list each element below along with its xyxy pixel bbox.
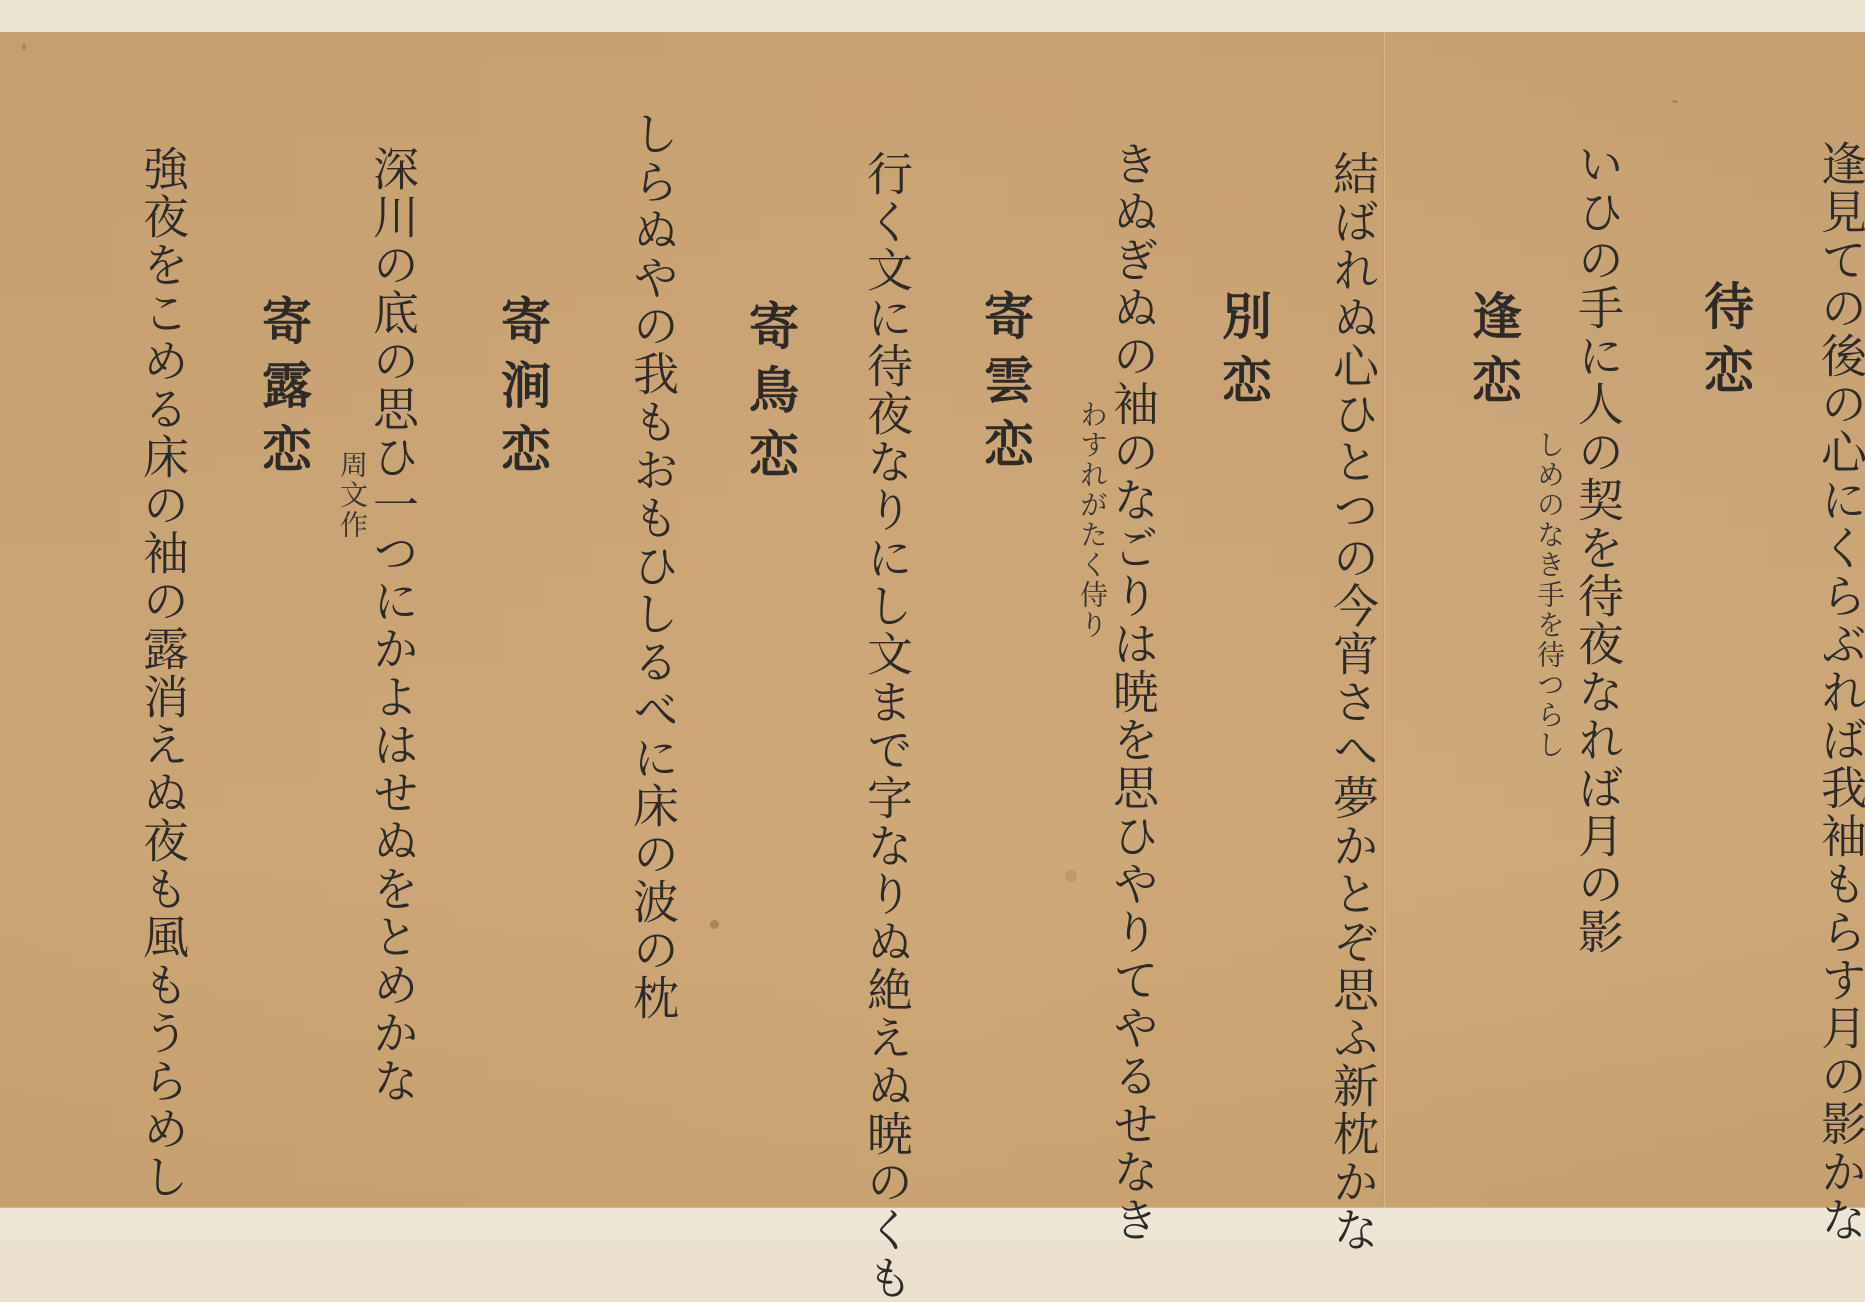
section-heading-au-koi: 逢恋 xyxy=(1468,290,1518,418)
top-mount-border xyxy=(0,0,1865,33)
verse-column: 逢見ての後の心にくらぶれば我袖もらす月の影かな xyxy=(1818,140,1864,1190)
section-heading-tori-koi: 寄鳥恋 xyxy=(745,300,795,492)
handscroll-photo: 逢見ての後の心にくらぶれば我袖もらす月の影かな 待恋 いひの手に人の契を待夜なれ… xyxy=(0,0,1865,1240)
verse-column: 強夜をこめる床の袖の露消えぬ夜も風もうらめし xyxy=(140,145,186,1165)
verse-column: きぬぎぬの袖のなごりは暁を思ひやりてやるせなき xyxy=(1110,140,1156,1160)
annotation-column: 周文作 xyxy=(338,450,366,540)
paper-stain xyxy=(1065,870,1077,882)
section-heading-tsuyu-koi: 寄露恋 xyxy=(258,295,308,487)
paper-seam xyxy=(1383,32,1385,1207)
annotation-column: わすれがたく侍り xyxy=(1078,400,1106,640)
annotation-column: しめのなき手を待つらし xyxy=(1535,430,1563,760)
section-heading-kumo-koi: 寄雲恋 xyxy=(980,290,1030,482)
section-heading-tani-koi: 寄涧恋 xyxy=(497,295,547,487)
left-paper-sheet xyxy=(0,32,1383,1207)
verse-column: 深川の底の思ひ一つにかよはせぬをとめかな xyxy=(370,145,416,1165)
paper-stain xyxy=(22,44,26,50)
section-heading-wakare-koi: 別恋 xyxy=(1218,290,1268,418)
verse-column: しらぬやの我もおもひしるべに床の波の枕 xyxy=(630,110,676,1110)
paper-stain xyxy=(710,920,719,929)
bottom-mount-border xyxy=(0,1207,1865,1240)
paper-stain xyxy=(1672,100,1678,103)
verse-column: 結ばれぬ心ひとつの今宵さへ夢かとぞ思ふ新枕かな xyxy=(1330,150,1376,1150)
verse-column: いひの手に人の契を待夜なれば月の影 xyxy=(1575,140,1621,1040)
section-heading-matsu-koi: 待恋 xyxy=(1700,280,1750,408)
verse-column: 行く文に待夜なりにし文まで字なりぬ絶えぬ暁のくも xyxy=(864,150,910,1150)
